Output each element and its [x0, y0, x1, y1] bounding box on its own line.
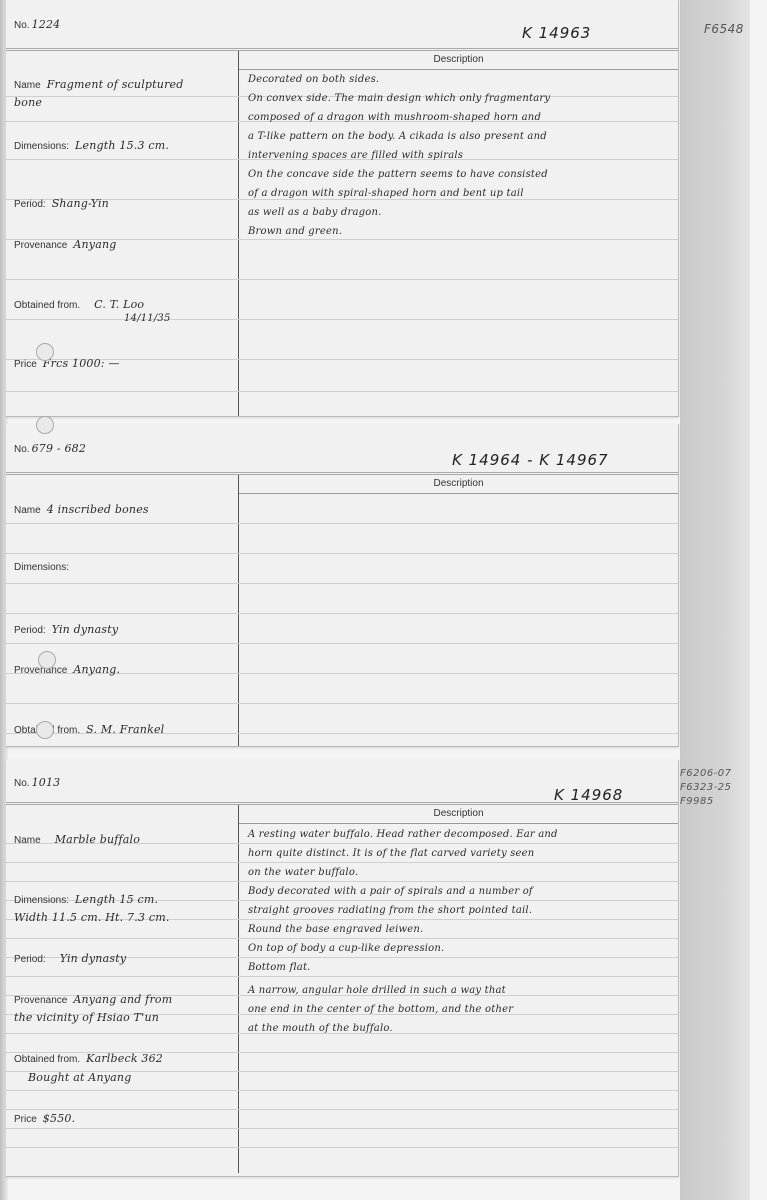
period-value: Yin dynasty — [60, 952, 127, 965]
field-provenance: ProvenanceAnyang and from — [14, 993, 172, 1006]
field-dimensions: Dimensions:Length 15 cm. — [14, 893, 158, 906]
punch-hole — [36, 721, 54, 739]
description-line: On the concave side the pattern seems to… — [248, 169, 548, 180]
card-number: No.679 - 682 — [14, 442, 86, 455]
card-number: No.1013 — [14, 776, 60, 789]
description-header: Description — [239, 805, 678, 824]
field-name: NameMarble buffalo — [14, 833, 140, 846]
description-line: Brown and green. — [248, 226, 342, 237]
card-header: No.1224 K 14963 — [6, 0, 678, 51]
column-divider — [238, 51, 239, 416]
card-number: No.1224 — [14, 18, 60, 31]
margin-note: F9985 — [680, 796, 714, 807]
provenance-value-cont: the vicinity of Hsiao T'un — [14, 1011, 159, 1024]
description-line: intervening spaces are filled with spira… — [248, 150, 463, 161]
k-number: K 14963 — [522, 24, 591, 42]
field-provenance: ProvenanceAnyang. — [14, 663, 120, 676]
dimensions-value-cont: Width 11.5 cm. Ht. 7.3 cm. — [14, 911, 170, 924]
margin-note: F6323-25 — [680, 782, 732, 793]
description-line: A narrow, angular hole drilled in such a… — [248, 985, 506, 996]
card-body: Description Name4 inscribed bones Dimens… — [6, 475, 678, 746]
description-line: a T-like pattern on the body. A cikada i… — [248, 131, 547, 142]
field-period: Period:Yin dynasty — [14, 952, 126, 965]
provenance-value: Anyang — [73, 238, 116, 251]
description-line: Decorated on both sides. — [248, 74, 379, 85]
column-divider — [238, 805, 239, 1173]
punch-hole — [38, 651, 56, 669]
card-body: Description NameMarble buffalo Dimension… — [6, 805, 678, 1173]
column-divider — [238, 475, 239, 746]
card-number-value: 1013 — [32, 776, 61, 789]
catalog-card-1224: No.1224 K 14963 Description NameFragment… — [6, 0, 679, 417]
dimensions-value: Length 15 cm. — [75, 893, 158, 906]
margin-note: F6548 — [704, 22, 744, 36]
provenance-value: Anyang and from — [73, 993, 172, 1006]
card-body: Description NameFragment of sculptured b… — [6, 51, 678, 416]
description-line: Bottom flat. — [248, 962, 311, 973]
punch-hole — [36, 343, 54, 361]
period-value: Yin dynasty — [52, 623, 119, 636]
field-dimensions: Dimensions: — [14, 562, 69, 573]
obtained-from-value: C. T. Loo — [94, 298, 144, 311]
obtained-date: 14/11/35 — [124, 313, 171, 324]
period-value: Shang-Yin — [52, 197, 109, 210]
scan-margin-strip — [680, 0, 750, 1200]
obtained-from-value-cont: Bought at Anyang — [28, 1071, 131, 1084]
description-line: at the mouth of the buffalo. — [248, 1023, 393, 1034]
catalog-card-1013: No.1013 K 14968 Description NameMarble b… — [6, 760, 679, 1177]
description-line: straight grooves radiating from the shor… — [248, 905, 532, 916]
card-header: No.1013 K 14968 — [6, 760, 678, 805]
name-value: Marble buffalo — [55, 833, 140, 846]
field-price: Price$550. — [14, 1112, 75, 1125]
obtained-from-value: Karlbeck 362 — [86, 1052, 163, 1065]
dimensions-value: Length 15.3 cm. — [75, 139, 169, 152]
description-line: on the water buffalo. — [248, 867, 358, 878]
card-header: No.679 - 682 K 14964 - K 14967 — [6, 424, 678, 475]
field-period: Period:Shang-Yin — [14, 197, 109, 210]
description-line: A resting water buffalo. Head rather dec… — [248, 829, 558, 840]
description-line: Round the base engraved leiwen. — [248, 924, 423, 935]
card-number-value: 1224 — [32, 18, 61, 31]
description-header: Description — [239, 51, 678, 70]
field-dimensions: Dimensions:Length 15.3 cm. — [14, 139, 169, 152]
obtained-from-value: S. M. Frankel — [86, 723, 164, 736]
price-value: $550. — [43, 1112, 76, 1125]
price-value: Frcs 1000: — — [43, 357, 120, 370]
provenance-value: Anyang. — [73, 663, 120, 676]
name-value: Fragment of sculptured — [47, 78, 184, 91]
name-value-cont: bone — [14, 96, 42, 109]
k-number: K 14964 - K 14967 — [452, 451, 609, 469]
field-obtained-from: Obtained from.Karlbeck 362 — [14, 1052, 163, 1065]
field-price: PriceFrcs 1000: — — [14, 357, 120, 370]
description-line: Body decorated with a pair of spirals an… — [248, 886, 533, 897]
field-obtained-from: Obtained from.C. T. Loo — [14, 298, 144, 311]
description-line: as well as a baby dragon. — [248, 207, 382, 218]
description-line: of a dragon with spiral-shaped horn and … — [248, 188, 524, 199]
description-line: horn quite distinct. It is of the flat c… — [248, 848, 534, 859]
description-line: On convex side. The main design which on… — [248, 93, 550, 104]
description-line: On top of body a cup-like depression. — [248, 943, 444, 954]
name-value: 4 inscribed bones — [47, 503, 149, 516]
field-period: Period:Yin dynasty — [14, 623, 118, 636]
description-line: one end in the center of the bottom, and… — [248, 1004, 513, 1015]
description-header: Description — [239, 475, 678, 494]
k-number: K 14968 — [554, 786, 623, 804]
description-line: composed of a dragon with mushroom-shape… — [248, 112, 541, 123]
catalog-card-679-682: No.679 - 682 K 14964 - K 14967 Descripti… — [6, 424, 679, 747]
field-name: NameFragment of sculptured — [14, 78, 183, 91]
margin-note: F6206-07 — [680, 768, 732, 779]
field-name: Name4 inscribed bones — [14, 503, 149, 516]
card-number-value: 679 - 682 — [32, 442, 87, 455]
field-provenance: ProvenanceAnyang — [14, 238, 117, 251]
